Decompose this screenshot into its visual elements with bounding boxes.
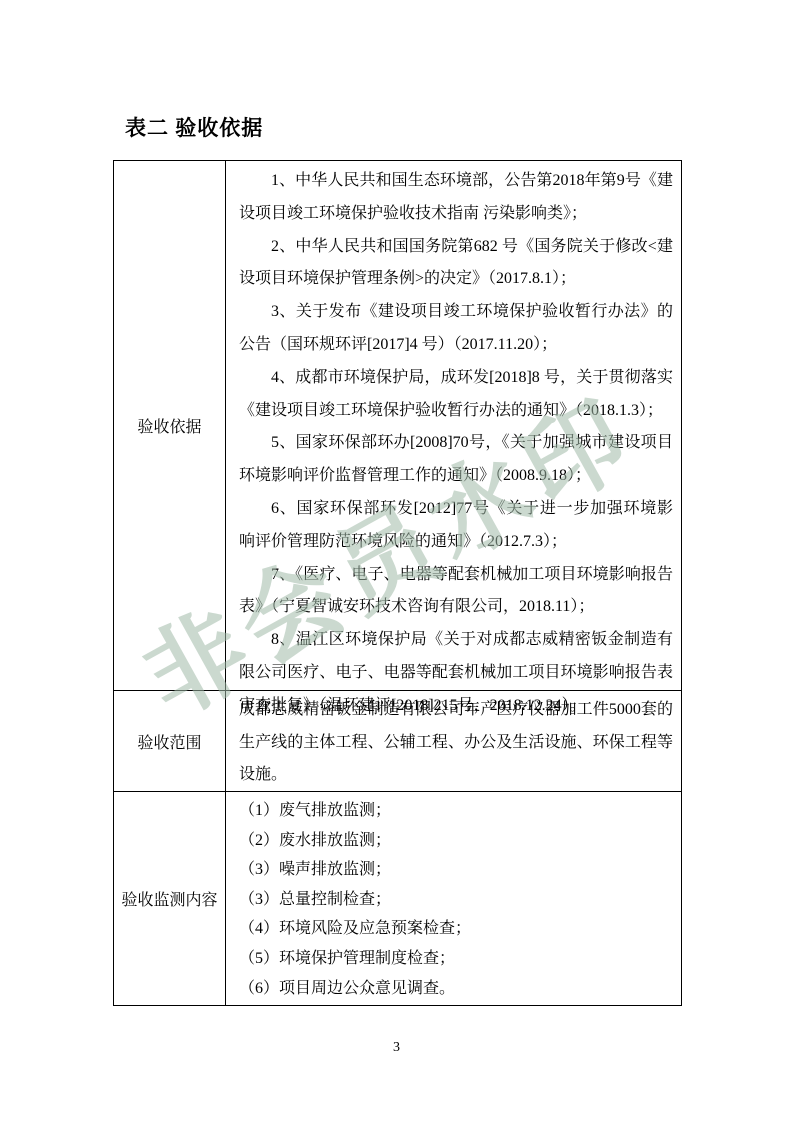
row-label: 验收监测内容 <box>114 792 226 1005</box>
acceptance-table: 验收依据 1、中华人民共和国生态环境部，公告第2018年第9号《建设项目竣工环境… <box>113 160 682 1006</box>
paragraph: 4、成都市环境保护局，成环发[2018]8 号，关于贯彻落实《建设项目竣工环境保… <box>239 362 673 428</box>
paragraph: 5、国家环保部环办[2008]70号，《关于加强城市建设项目环境影响评价监督管理… <box>239 427 673 493</box>
paragraph: （3）噪声排放监测； <box>239 855 673 885</box>
row-content: 1、中华人民共和国生态环境部，公告第2018年第9号《建设项目竣工环境保护验收技… <box>226 161 681 690</box>
row-content: （1）废气排放监测；（2）废水排放监测；（3）噪声排放监测；（3）总量控制检查；… <box>226 792 681 1005</box>
paragraph: （3）总量控制检查； <box>239 885 673 915</box>
row-label: 验收依据 <box>114 161 226 690</box>
paragraph: 6、国家环保部环发[2012]77号《关于进一步加强环境影响评价管理防范环境风险… <box>239 493 673 559</box>
paragraph: （6）项目周边公众意见调查。 <box>239 974 673 1004</box>
paragraph: 2、中华人民共和国国务院第682 号《国务院关于修改<建设项目环境保护管理条例>… <box>239 231 673 297</box>
table-row: 验收依据 1、中华人民共和国生态环境部，公告第2018年第9号《建设项目竣工环境… <box>114 161 681 691</box>
page-title: 表二 验收依据 <box>125 112 263 142</box>
document-page: 非会员水印 表二 验收依据 验收依据 1、中华人民共和国生态环境部，公告第201… <box>0 0 793 1122</box>
row-content: 成都志威精密钣金制造有限公司年产医疗仪器加工件5000套的生产线的主体工程、公辅… <box>226 691 681 791</box>
paragraph: （1）废气排放监测； <box>239 796 673 826</box>
table-row: 验收监测内容 （1）废气排放监测；（2）废水排放监测；（3）噪声排放监测；（3）… <box>114 792 681 1005</box>
paragraph: （2）废水排放监测； <box>239 826 673 856</box>
row-label: 验收范围 <box>114 691 226 791</box>
paragraph: （5）环境保护管理制度检查； <box>239 944 673 974</box>
paragraph: 成都志威精密钣金制造有限公司年产医疗仪器加工件5000套的生产线的主体工程、公辅… <box>239 694 673 792</box>
table-row: 验收范围 成都志威精密钣金制造有限公司年产医疗仪器加工件5000套的生产线的主体… <box>114 691 681 792</box>
paragraph: （4）环境风险及应急预案检查； <box>239 914 673 944</box>
page-number: 3 <box>0 1040 793 1056</box>
paragraph: 3、关于发布《建设项目竣工环境保护验收暂行办法》的公告（国环规环评[2017]4… <box>239 296 673 362</box>
paragraph: 7、《医疗、电子、电器等配套机械加工项目环境影响报告表》（宁夏智诚安环技术咨询有… <box>239 559 673 625</box>
paragraph: 1、中华人民共和国生态环境部，公告第2018年第9号《建设项目竣工环境保护验收技… <box>239 165 673 231</box>
